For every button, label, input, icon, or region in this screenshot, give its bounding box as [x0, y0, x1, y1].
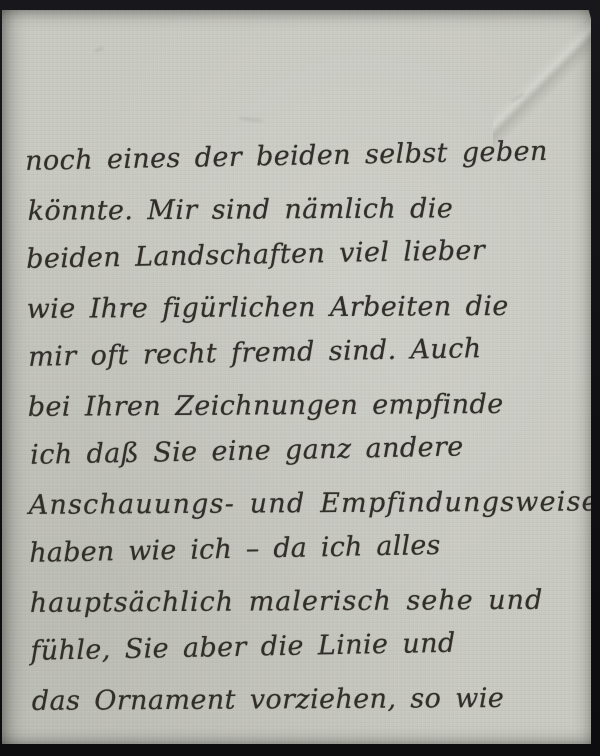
scan-background: noch eines der beiden selbst geben könnt…	[0, 0, 600, 756]
handwriting-line-3: beiden Landschaften viel lieber	[26, 224, 572, 283]
handwriting-block: noch eines der beiden selbst geben könnt…	[25, 131, 576, 725]
handwriting-line-7: ich daß Sie eine ganz andere	[28, 420, 574, 479]
letter-page: noch eines der beiden selbst geben könnt…	[2, 10, 591, 744]
handwriting-line-9: haben wie ich – da ich alles	[29, 518, 575, 577]
handwriting-line-5: mir oft recht fremd sind. Auch	[27, 322, 573, 381]
bleed-through-mark	[238, 117, 264, 123]
bleed-through-mark	[94, 47, 104, 53]
handwriting-line-12: das Ornament vorziehen, so wie	[31, 674, 576, 726]
bleed-through-mark	[510, 92, 525, 103]
handwriting-line-11: fühle, Sie aber die Linie und	[30, 616, 576, 675]
handwriting-line-1: noch eines der beiden selbst geben	[25, 126, 571, 185]
